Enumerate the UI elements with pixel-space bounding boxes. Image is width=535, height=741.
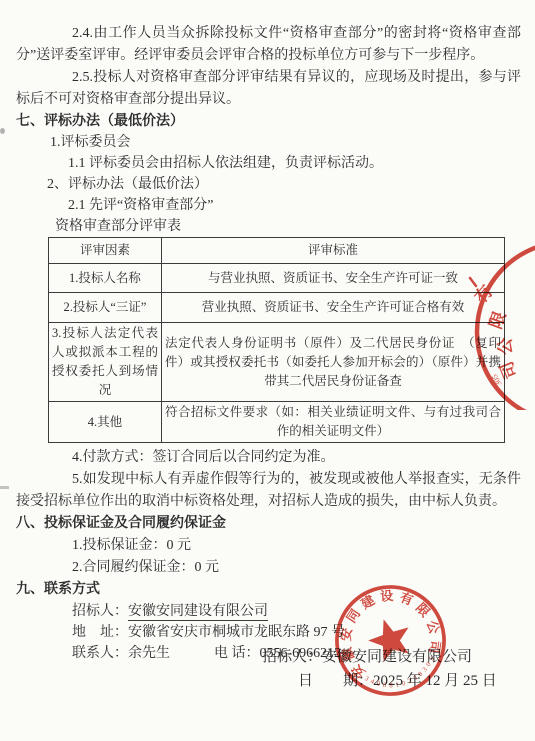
signature-bidder-line: 招标人：安徽安同建设有限公司: [262, 645, 497, 669]
factor-cell: 3.投标人法定代表人或拟派本工程的授权委托人到场情况: [49, 323, 162, 402]
contact-bidder-name: 安徽安同建设有限公司: [128, 604, 268, 621]
table-header-factor: 评审因素: [49, 238, 162, 264]
table-row: 4.其他 符合招标文件要求（如：相关业绩证明文件、与有过我司合作的相关证明文件）: [49, 402, 505, 443]
section-heading-8: 八、投标保证金及合同履约保证金: [16, 513, 521, 535]
standard-cell: 符合招标文件要求（如：相关业绩证明文件、与有过我司合作的相关证明文件）: [162, 402, 505, 443]
standard-cell: 与营业执照、资质证书、安全生产许可证一致: [162, 264, 505, 293]
table-header-standard: 评审标准: [162, 238, 505, 264]
contact-person-label: 联系人：: [72, 646, 128, 661]
table-row: 2.投标人“三证” 营业执照、资质证书、安全生产许可证合格有效: [49, 293, 505, 323]
qualification-review-table: 评审因素 评审标准 1.投标人名称 与营业执照、资质证书、安全生产许可证一致 2…: [48, 237, 505, 443]
contact-address-row: 地 址：安徽省安庆市桐城市龙眠东路 97 号: [16, 622, 521, 643]
list-item-1-1: 1.1 评标委员会由招标人依法组建，负责评标活动。: [16, 153, 521, 174]
scan-artifact: [0, 128, 5, 134]
contact-bidder-label: 招标人：: [72, 604, 128, 619]
table-header-row: 评审因素 评审标准: [49, 238, 505, 264]
paragraph-2-5: 2.5.投标人对资格审查部分评审结果有异议的，应现场及时提出，参与评标后不可对资…: [16, 67, 521, 111]
bond-item-1: 1.投标保证金：0 元: [16, 535, 521, 557]
contact-person-value: 余先生: [128, 646, 170, 661]
standard-cell: 营业执照、资质证书、安全生产许可证合格有效: [162, 293, 505, 323]
signature-date-line: 日 期：2025 年 12 月 25 日: [298, 669, 497, 693]
factor-cell: 2.投标人“三证”: [49, 293, 162, 323]
table-caption: 资格审查部分评审表: [16, 216, 521, 237]
factor-cell: 1.投标人名称: [49, 264, 162, 293]
table-row: 1.投标人名称 与营业执照、资质证书、安全生产许可证一致: [49, 264, 505, 293]
paragraph-4: 4.付款方式：签订合同后以合同约定为准。: [16, 447, 521, 469]
list-item-2: 2、评标办法（最低价法）: [16, 174, 521, 195]
bond-item-2: 2.合同履约保证金：0 元: [16, 557, 521, 579]
signature-block: 招标人：安徽安同建设有限公司 日 期：2025 年 12 月 25 日: [262, 645, 497, 693]
contact-bidder-row: 招标人：安徽安同建设有限公司: [16, 601, 521, 622]
section-heading-7: 七、评标办法（最低价法）: [16, 111, 521, 132]
paragraph-2-4: 2.4.由工作人员当众拆除投标文件“资格审查部分”的密封将“资格审查部分”送评委…: [16, 23, 521, 67]
document-body: 2.4.由工作人员当众拆除投标文件“资格审查部分”的密封将“资格审查部分”送评委…: [16, 23, 521, 664]
table-row: 3.投标人法定代表人或拟派本工程的授权委托人到场情况 法定代表人身份证明书（原件…: [49, 323, 505, 402]
contact-address-label: 地 址：: [72, 625, 128, 640]
contact-phone-label: 电 话：: [214, 646, 260, 661]
list-item-2-1: 2.1 先评“资格审查部分”: [16, 195, 521, 216]
paragraph-5: 5.如发现中标人有弄虚作假等行为的，被发现或被他人举报查实，无条件接受招标单位作…: [16, 469, 521, 513]
section-heading-9: 九、联系方式: [16, 579, 521, 601]
contact-address-value: 安徽省安庆市桐城市龙眠东路 97 号: [128, 625, 345, 640]
list-item-1: 1.评标委员会: [16, 132, 521, 153]
standard-cell: 法定代表人身份证明书（原件）及二代居民身份证 （复印件）或其授权委托书（如委托人…: [162, 323, 505, 402]
factor-cell: 4.其他: [49, 402, 162, 443]
scan-artifact: [0, 486, 9, 489]
scanned-document-page: 2.4.由工作人员当众拆除投标文件“资格审查部分”的密封将“资格审查部分”送评委…: [0, 0, 535, 741]
